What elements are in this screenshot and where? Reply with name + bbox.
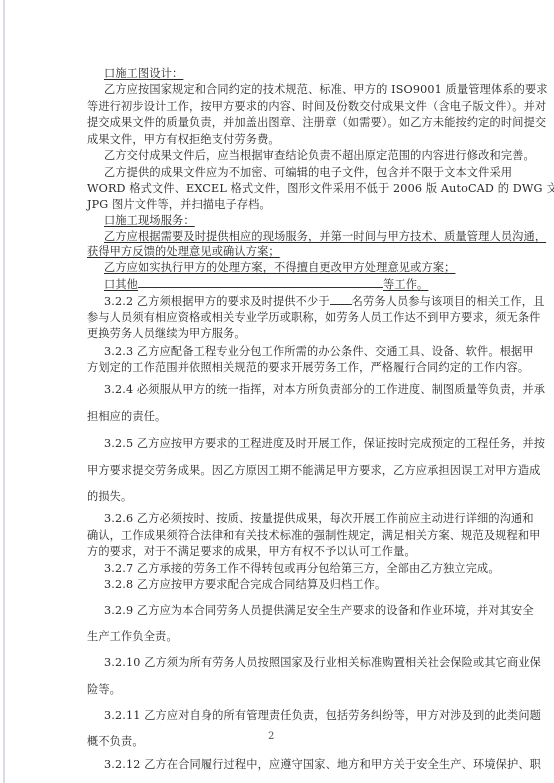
other-line: 口其他等工作。 xyxy=(104,277,428,292)
clause-3-2-9: 3.2.9 乙方应为本合同劳务人员提供满足安全生产要求的设备和作业环境，并对其安… xyxy=(104,604,534,618)
paragraph-line: 获得甲方反馈的处理意见或确认方案； xyxy=(87,245,280,259)
clause-3-2-7: 3.2.7 乙方承接的劳务工作不得转包或再分包给第三方，全部由乙方独立完成。 xyxy=(104,562,500,576)
page-number: 2 xyxy=(268,731,274,742)
paragraph-line: 等进行初步设计工作，按甲方要求的内容、时间及份数交付成果文件（含电子版文件）。并… xyxy=(87,100,546,114)
paragraph-line: 成果文件，甲方有权拒绝支付劳务费。 xyxy=(87,133,280,147)
paragraph-line: 确认，工作成果须符合法律和有关技术标准的强制性规定，满足相关方案、规范及规程和甲 xyxy=(87,529,541,543)
paragraph-line: 乙方应根据需要及时提供相应的现场服务，并第一时间与甲方技术、质量管理人员沟通， xyxy=(104,230,546,244)
paragraph-line: 的损失。 xyxy=(87,490,132,504)
paragraph-line: 提交成果文件的质量负责，并加盖出图章、注册章（如需要）。如乙方未能按约定的时间提… xyxy=(87,116,546,130)
heading-construction-drawing: 口施工图设计： xyxy=(104,67,183,81)
paragraph-line: 方的要求，对于不满足要求的成果，甲方有权不予以认可工作量。 xyxy=(87,545,416,559)
clause-3-2-2: 3.2.2 乙方须根据甲方的要求及时提供不少于名劳务人员参与该项目的相关工作，且 xyxy=(104,294,544,309)
clause-3-2-4: 3.2.4 必须服从甲方的统一指挥，对本方所负责部分的工作进度、制图质量等负责，… xyxy=(104,383,545,397)
clause-3-2-11: 3.2.11 乙方应对自身的所有管理责任负责，包括劳务纠纷等，甲方对涉及到的此类… xyxy=(104,709,541,723)
clause-3-2-6: 3.2.6 乙方必须按时、按质、按量提供成果，每次开展工作前应主动进行详细的沟通… xyxy=(104,512,534,526)
paragraph-line: 生产工作负全责。 xyxy=(87,630,178,644)
clause-3-2-3: 3.2.3 乙方应配备工程专业分包工作所需的办公条件、交通工具、设备、软件。根据… xyxy=(104,345,534,359)
paragraph-line: 乙方提供的成果文件应为不加密、可编辑的电子文件，包含并不限于文本文件采用 xyxy=(104,166,512,180)
paragraph-line: 参与人员须有相应资格或相关专业学历或职称，如劳务人员工作达不到甲方要求，须无条件 xyxy=(87,311,541,325)
other-suffix: 等工作。 xyxy=(383,278,428,291)
clause-3-2-12: 3.2.12 乙方在合同履行过程中，应遵守国家、地方和甲方关于安全生产、环境保护… xyxy=(104,758,541,772)
other-blank xyxy=(138,277,383,288)
page-scan-edge xyxy=(3,0,5,783)
heading-site-service: 口施工现场服务： xyxy=(104,214,195,228)
paragraph-line: 概不负责。 xyxy=(87,735,144,749)
clause-3-2-8: 3.2.8 乙方应按甲方要求配合完成合同结算及归档工作。 xyxy=(104,578,386,592)
paragraph-line: 乙方应按国家规定和合同约定的技术规范、标准、甲方的 ISO9001 质量管理体系… xyxy=(104,83,548,97)
paragraph-line: 甲方要求提交劳务成果。因乙方原因工期不能满足甲方要求，乙方应承担因误工对甲方造成 xyxy=(87,464,541,478)
clause-3-2-5: 3.2.5 乙方应按甲方要求的工程进度及时开展工作，保证按时完成预定的工程任务，… xyxy=(104,437,545,451)
clause-3-2-10: 3.2.10 乙方须为所有劳务人员按照国家及行业相关标准购置相关社会保险或其它商… xyxy=(104,656,541,670)
paragraph-line: 担相应的责任。 xyxy=(87,410,166,424)
other-label: 口其他 xyxy=(104,278,138,291)
paragraph-line: 险等。 xyxy=(87,683,121,697)
staff-count-blank xyxy=(330,294,352,305)
paragraph-line: 更换劳务人员继续为甲方服务。 xyxy=(87,327,246,341)
paragraph-line: 乙方应如实执行甲方的处理方案，不得擅自更改甲方处理意见或方案； xyxy=(104,261,455,275)
paragraph-line: JPG 图片文件等，并扫描电子存档。 xyxy=(87,198,271,212)
paragraph-line: 方划定的工作范围并依照相关规范的要求开展劳务工作，严格履行合同约定的工作内容。 xyxy=(87,361,529,375)
paragraph-line: WORD 格式文件、EXCEL 格式文件，图形文件采用不低于 2006 版 Au… xyxy=(87,182,554,196)
paragraph-line: 乙方交付成果文件后，应当根据审查结论负责不超出原定范围的内容进行修改和完善。 xyxy=(104,149,535,163)
